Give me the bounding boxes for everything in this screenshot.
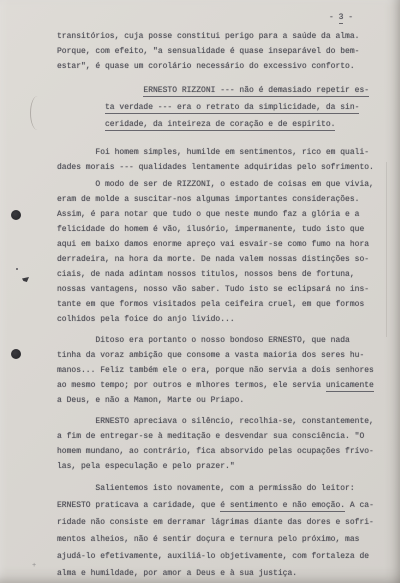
text-line: Assim, é para notar que tudo o que neste…	[57, 207, 375, 222]
text-segment: ERNESTO praticava a caridade, que	[57, 501, 220, 510]
text-line: Salientemos isto novamente, com a permis…	[57, 480, 375, 497]
text-segment: Ditoso era portanto o nosso bondoso ERNE…	[57, 336, 350, 345]
paper-crease-line	[386, 162, 387, 337]
text-segment: A ca-	[345, 501, 374, 510]
text-line: ta verdade --- era o retrato da simplici…	[105, 99, 375, 116]
heading-ernesto-rizzoni: ERNESTO RIZZONI --- não é demasiado repe…	[105, 82, 375, 133]
text-line: colhidos pela foice do anjo livido...	[57, 312, 375, 327]
text-line: derradeira, na hora da morte. De nada va…	[57, 252, 375, 267]
underlined-text: ta verdade --- era o retrato da simplici…	[105, 103, 359, 114]
text-line: transitórios, cuja posse constitui perig…	[57, 29, 375, 44]
text-segment: Foi homem simples, humilde em sentimento…	[57, 148, 369, 157]
text-line: estar", é quase um corolário necessário …	[57, 59, 375, 74]
plus-mark: +	[32, 562, 36, 570]
text-line: ridade não consiste em derramar lágrimas…	[57, 514, 375, 531]
paragraph-continuation: transitórios, cuja posse constitui perig…	[57, 29, 375, 74]
text-segment: tinha da voraz ambição que consome a vas…	[57, 351, 364, 360]
text-segment: colhidos pela foice do anjo livido...	[57, 315, 235, 324]
paragraph-silencio: ERNESTO apreciava o silêncio, recolhia-s…	[57, 414, 375, 474]
text-line: nossas vantagens, nosso vão saber. Tudo …	[57, 282, 375, 297]
text-segment: -	[343, 13, 353, 22]
text-line: eram de molde a suscitar-nos algumas imp…	[57, 192, 375, 207]
text-segment: eram de molde a suscitar-nos algumas imp…	[57, 195, 359, 204]
text-line: ERNESTO RIZZONI --- não é demasiado repe…	[105, 82, 375, 99]
text-segment: ridade não consiste em derramar lágrimas…	[57, 518, 374, 527]
text-line: tante em que formos visitados pela ceife…	[57, 297, 375, 312]
text-segment: derradeira, na hora da morte. De nada va…	[57, 255, 369, 264]
text-segment: aqui em baixo damos enorme apreço vai es…	[57, 240, 369, 249]
text-segment: transitórios, cuja posse constitui perig…	[57, 32, 359, 41]
document-body: - 3 -transitórios, cuja posse constitui …	[57, 10, 375, 582]
ink-dot	[11, 349, 21, 359]
text-line: alma e humildade, por amor a Deus e à su…	[57, 565, 375, 582]
text-line: las, pela especulação e pelo prazer."	[57, 459, 375, 474]
underlined-text: é sentimento e não emoção.	[220, 501, 345, 512]
text-line: ERNESTO praticava a caridade, que é sent…	[57, 497, 375, 514]
page-number: - 3 -	[57, 10, 375, 25]
text-segment: Salientemos isto novamente, com a permis…	[57, 484, 355, 493]
text-segment: ERNESTO apreciava o silêncio, recolhia-s…	[57, 417, 374, 426]
text-segment: manos... Feliz também ele o era, porque …	[57, 366, 374, 375]
ink-speck-small	[16, 268, 18, 270]
paragraph-modo-de-ser: O modo de ser de RIZZONI, o estado de co…	[57, 177, 375, 327]
text-segment: felicidade do homem é vão, ilusório, imp…	[57, 225, 364, 234]
text-segment: estar", é quase um corolário necessário …	[57, 62, 355, 71]
text-line: ceridade, da inteireza de coração e de e…	[105, 116, 375, 133]
text-line: - 3 -	[57, 10, 353, 25]
text-line: manos... Feliz também ele o era, porque …	[57, 363, 375, 378]
text-segment: las, pela especulação e pelo prazer."	[57, 462, 235, 471]
text-segment	[105, 86, 143, 95]
text-segment: tante em que formos visitados pela ceife…	[57, 300, 364, 309]
text-line: aqui em baixo damos enorme apreço vai es…	[57, 237, 375, 252]
text-segment: nossas vantagens, nosso vão saber. Tudo …	[57, 285, 369, 294]
text-segment: -	[329, 13, 339, 22]
text-segment: Assim, é para notar que tudo o que neste…	[57, 210, 359, 219]
text-line: felicidade do homem é vão, ilusório, imp…	[57, 222, 375, 237]
text-segment: ciais, de nada adintam nossos titulos, n…	[57, 270, 355, 279]
text-line: ao mesmo tempo; por outros e mlhores ter…	[57, 378, 375, 393]
text-line: tinha da voraz ambição que consome a vas…	[57, 348, 375, 363]
text-segment: homem mundano, ao contrário, fica absorv…	[57, 447, 374, 456]
underlined-text: ceridade, da inteireza de coração e de e…	[105, 120, 335, 131]
text-segment: ao mesmo tempo; por outros e mlhores ter…	[57, 381, 326, 390]
text-segment: ajudá-lo efetivamente, auxiliá-lo objeti…	[57, 552, 369, 561]
text-segment: a Deus, e não a Mamon, Marte ou Priapo.	[57, 396, 244, 405]
text-segment: Porque, com efeito, "a sensualidade é qu…	[57, 47, 359, 56]
text-line: dades morais --- qualidades lentamente a…	[57, 160, 375, 175]
text-segment: alma e humildade, por amor a Deus e à su…	[57, 569, 297, 578]
text-segment: O modo de ser de RIZZONI, o estado de co…	[57, 180, 374, 189]
text-line: ERNESTO apreciava o silêncio, recolhia-s…	[57, 414, 375, 429]
text-segment: dades morais --- qualidades lentamente a…	[57, 163, 374, 172]
ink-dot	[11, 210, 21, 220]
text-line: homem mundano, ao contrário, fica absorv…	[57, 444, 375, 459]
text-line: O modo de ser de RIZZONI, o estado de co…	[57, 177, 375, 192]
underlined-text: unicamente	[326, 381, 374, 392]
text-line: a fim de entregar-se à meditação e desve…	[57, 429, 375, 444]
paragraph-ditoso: Ditoso era portanto o nosso bondoso ERNE…	[57, 333, 375, 408]
scan-scratch-mark	[30, 96, 45, 130]
underlined-text: ERNESTO RIZZONI --- não é demasiado repe…	[143, 86, 369, 97]
text-line: ajudá-lo efetivamente, auxiliá-lo objeti…	[57, 548, 375, 565]
text-line: a Deus, e não a Mamon, Marte ou Priapo.	[57, 393, 375, 408]
text-line: Foi homem simples, humilde em sentimento…	[57, 145, 375, 160]
text-segment: a fim de entregar-se à meditação e desve…	[57, 432, 364, 441]
paragraph-foi-homem: Foi homem simples, humilde em sentimento…	[57, 145, 375, 175]
text-line: Ditoso era portanto o nosso bondoso ERNE…	[57, 333, 375, 348]
text-line: mentos alheios, não é sentir doçura e te…	[57, 531, 375, 548]
text-segment: mentos alheios, não é sentir doçura e te…	[57, 535, 359, 544]
paragraph-caridade: Salientemos isto novamente, com a permis…	[57, 480, 375, 582]
text-line: ciais, de nada adintam nossos titulos, n…	[57, 267, 375, 282]
text-line: Porque, com efeito, "a sensualidade é qu…	[57, 44, 375, 59]
